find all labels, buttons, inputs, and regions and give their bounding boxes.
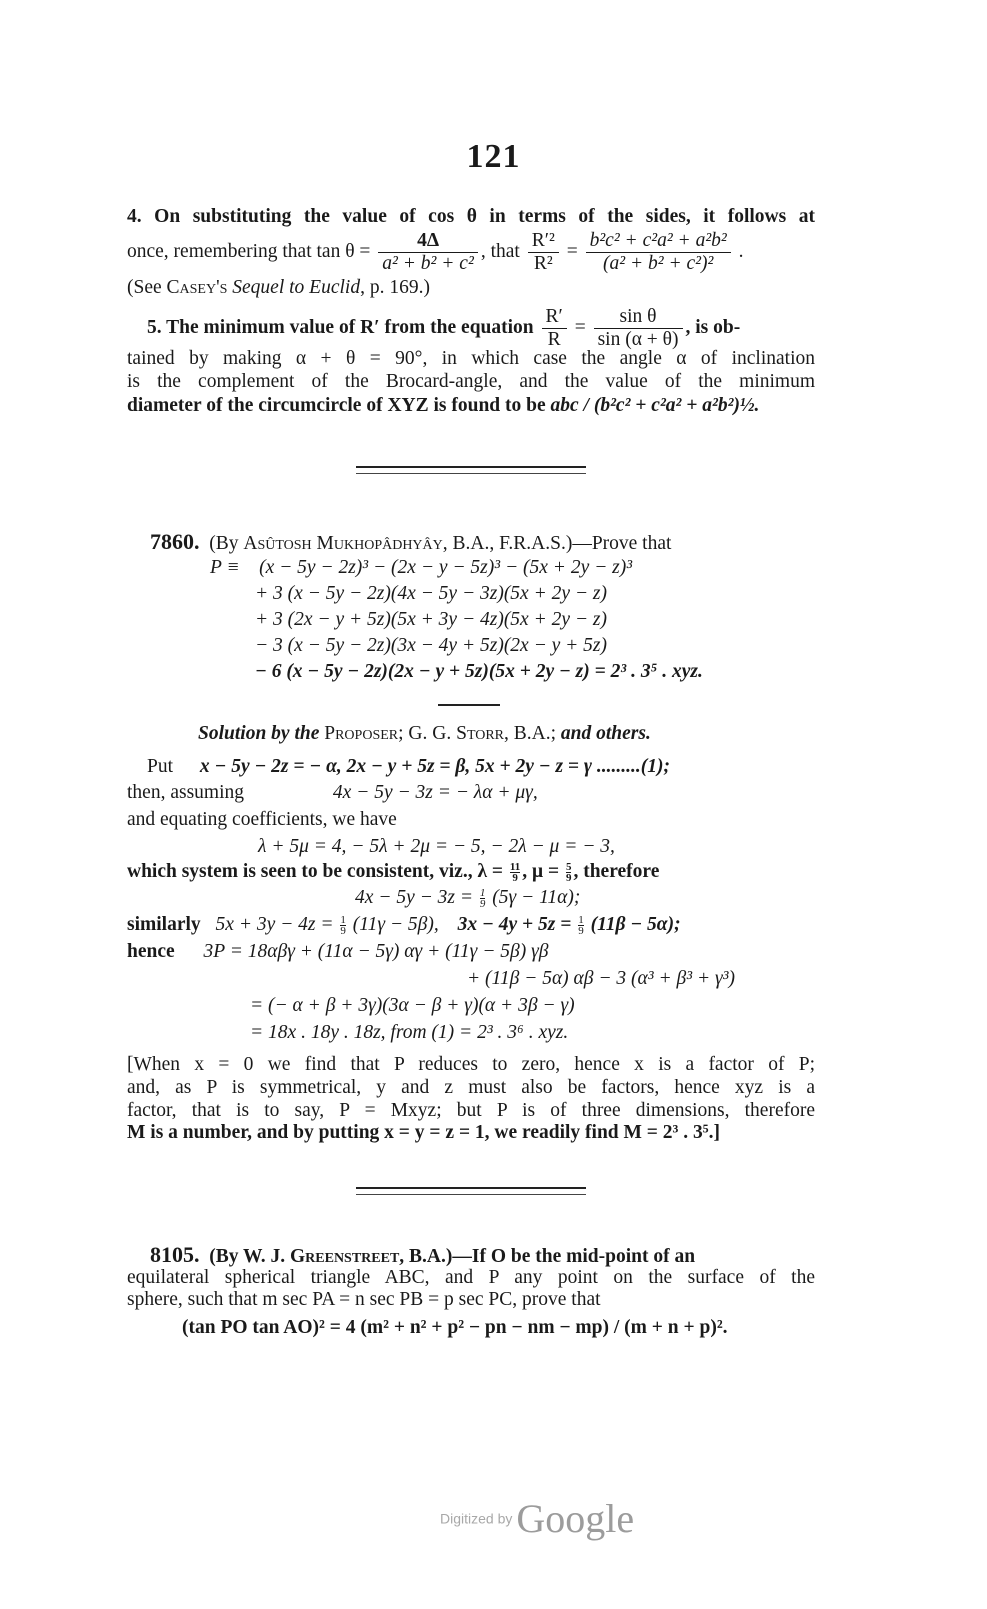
para5-line4: diameter of the circumcircle of XYZ is f… [127, 394, 759, 418]
r-ratio-fraction: R′² R² [528, 230, 559, 275]
solution-hence-line-1: hence 3P = 18αβγ + (11α − 5γ) αγ + (11γ … [127, 940, 548, 964]
problem-number: 8105. [150, 1242, 200, 1267]
solution-consistent-line: which system is seen to be consistent, v… [127, 860, 659, 884]
para4-line1: 4. On substituting the value of cos θ in… [127, 205, 815, 229]
equation-line-1: P ≡ (x − 5y − 2z)³ − (2x − y − 5z)³ − (5… [210, 556, 632, 580]
para5-line2: tained by making α + θ = 90°, in which c… [127, 347, 815, 371]
page-number: 121 [0, 138, 987, 176]
solution-hence-line-4: = 18x . 18y . 18z, from (1) = 2³ . 3⁶ . … [250, 1021, 568, 1045]
digitized-by-google-watermark: Digitized by Google [440, 1495, 634, 1542]
problem-number: 7860. [150, 529, 200, 554]
para4-line2-text: once, remembering that tan θ = [127, 241, 370, 262]
problem-author: Greenstreet [290, 1246, 399, 1267]
solution-4x-line: 4x − 5y − 3z = 19 (5γ − 11α); [355, 886, 580, 910]
problem-author: Asûtosh Mukhopâdhyây [243, 533, 442, 554]
note-line-4: M is a number, and by putting x = y = z … [127, 1121, 720, 1145]
watermark-prefix: Digitized by [440, 1511, 512, 1527]
citation-title: Sequel to Euclid [232, 277, 360, 298]
note-line-2: and, as P is symmetrical, y and z must a… [127, 1076, 815, 1100]
solution-system-line: λ + 5μ = 4, − 5λ + 2μ = − 5, − 2λ − μ = … [258, 835, 615, 859]
short-separator [438, 704, 500, 706]
note-line-3: factor, that is to say, P = Mxyz; but P … [127, 1099, 815, 1123]
equation-line-5: − 6 (x − 5y − 2z)(2x − y + 5z)(5x + 2y −… [255, 660, 703, 684]
note-line-1: [When x = 0 we find that P reduces to ze… [127, 1053, 815, 1077]
section-separator [356, 466, 586, 474]
section-separator-2 [356, 1187, 586, 1195]
sides-fraction: b²c² + c²a² + a²b² (a² + b² + c²)² [586, 230, 731, 275]
solution-hence-line-3: = (− α + β + 3γ)(3α − β + γ)(α + 3β − γ) [250, 994, 575, 1018]
solution-assuming-line: then, assuming 4x − 5y − 3z = − λα + μγ, [127, 781, 538, 805]
para5-line1: 5. The minimum value of R′ from the equa… [147, 306, 740, 351]
equation-line-2: + 3 (x − 5y − 2z)(4x − 5y − 3z)(5x + 2y … [255, 582, 607, 606]
problem-8105-formula: (tan PO tan AO)² = 4 (m² + n² + p² − pn … [182, 1316, 728, 1340]
solution-similarly-line: similarly 5x + 3y − 4z = 19 (11γ − 5β), … [127, 913, 681, 937]
para4-citation: (See Casey's Sequel to Euclid, p. 169.) [127, 276, 430, 300]
solution-heading: Solution by the Proposer; G. G. Storr, B… [198, 722, 651, 746]
equation-line-3: + 3 (2x − y + 5z)(5x + 3y − 4z)(5x + 2y … [255, 608, 607, 632]
problem-8105-line3: sphere, such that m sec PA = n sec PB = … [127, 1288, 601, 1312]
equation-line-4: − 3 (x − 5y − 2z)(3x − 4y + 5z)(2x − y +… [255, 634, 607, 658]
problem-7860-header: 7860. (By Asûtosh Mukhopâdhyây, B.A., F.… [150, 530, 671, 556]
para5-line3: is the complement of the Brocard-angle, … [127, 370, 815, 394]
solution-put-line: Put x − 5y − 2z = − α, 2x − y + 5z = β, … [147, 755, 670, 779]
para4-line2: once, remembering that tan θ = 4Δ a² + b… [127, 230, 744, 275]
sine-fraction: sin θ sin (α + θ) [594, 306, 683, 351]
solution-equating-line: and equating coefficients, we have [127, 808, 397, 832]
diameter-expression: abc / (b²c² + c²a² + a²b²)½. [551, 395, 760, 416]
google-logo: Google [516, 1496, 634, 1541]
problem-8105-line2: equilateral spherical triangle ABC, and … [127, 1266, 815, 1290]
tan-theta-fraction: 4Δ a² + b² + c² [378, 230, 478, 275]
solution-hence-line-2: + (11β − 5α) αβ − 3 (α³ + β³ + γ³) [467, 967, 735, 991]
r-prime-fraction: R′ R [542, 306, 567, 351]
citation-author: Casey's [167, 277, 228, 298]
